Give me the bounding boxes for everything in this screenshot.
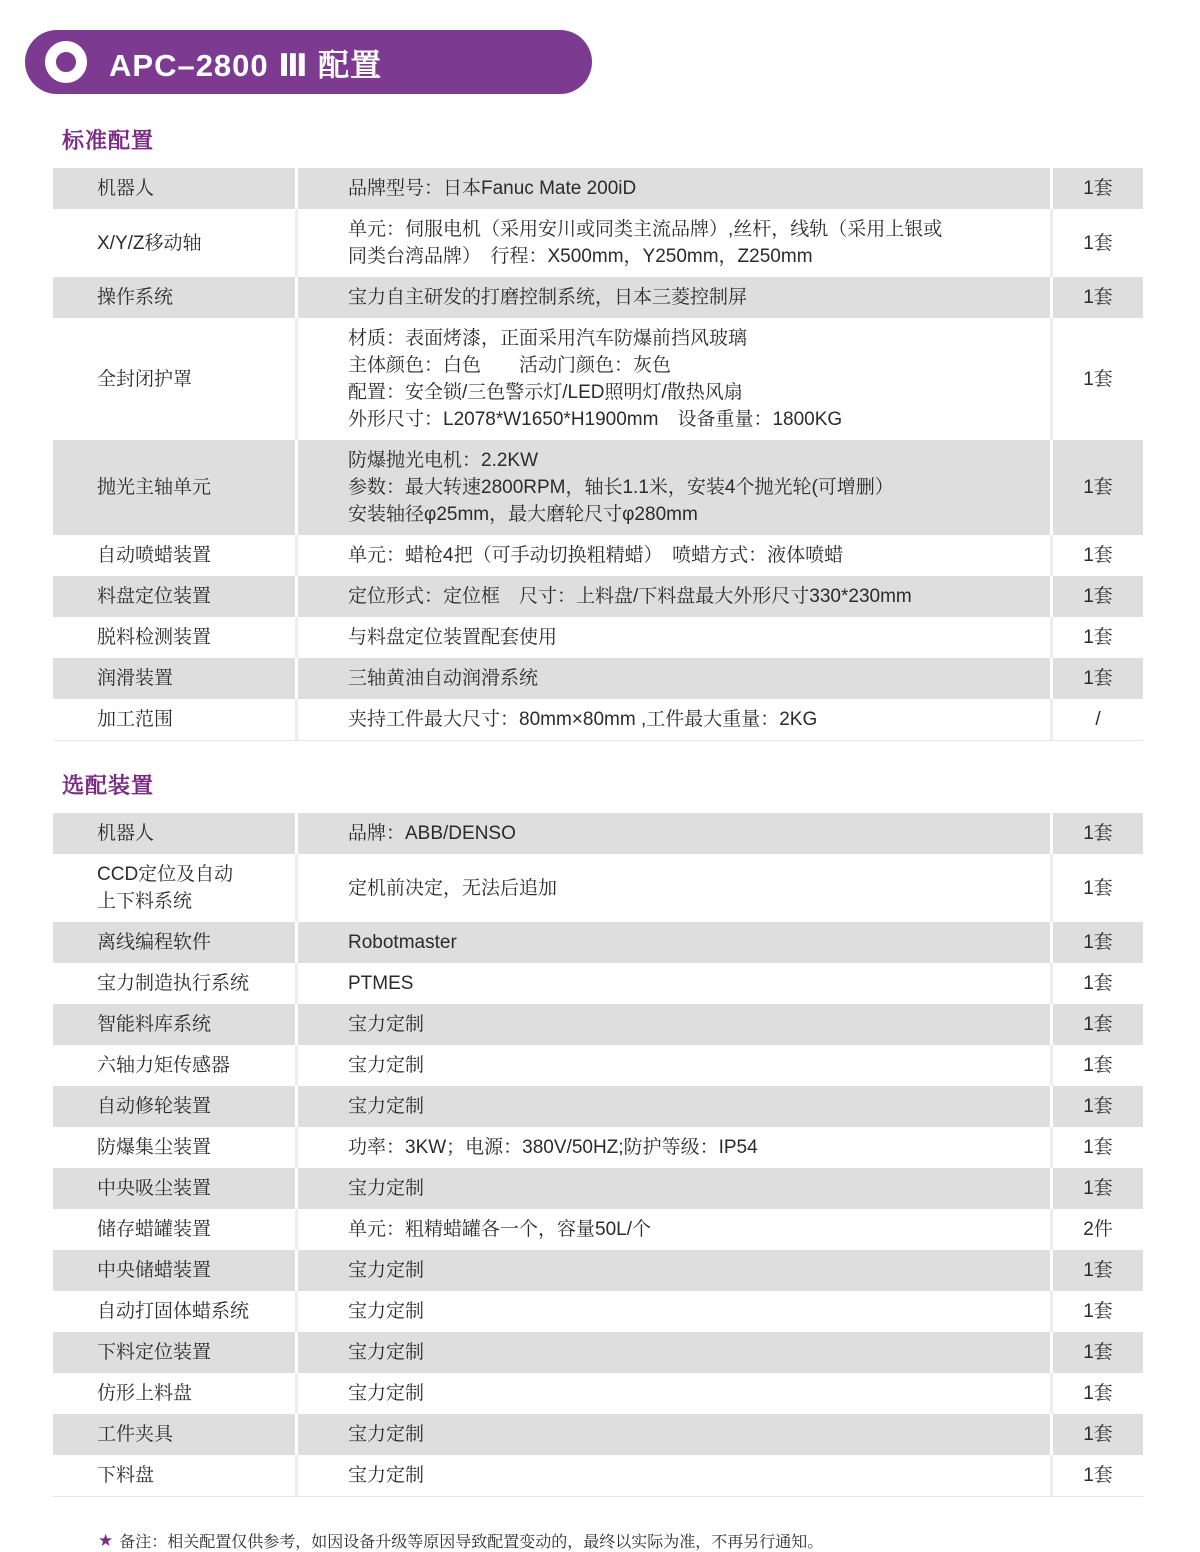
table-row: 自动喷蜡装置单元：蜡枪4把（可手动切换粗精蜡） 喷蜡方式：液体喷蜡1套	[53, 535, 1143, 576]
row-name: 中央吸尘装置	[53, 1168, 295, 1209]
table-row: 防爆集尘装置功率：3KW；电源：380V/50HZ;防护等级：IP541套	[53, 1127, 1143, 1168]
footnote: ★ 备注：相关配置仅供参考，如因设备升级等原因导致配置变动的，最终以实际为准，不…	[98, 1529, 1200, 1552]
table-row: 润滑装置三轴黄油自动润滑系统1套	[53, 658, 1143, 699]
row-description: 宝力定制	[295, 1086, 1050, 1127]
row-name: 储存蜡罐装置	[53, 1209, 295, 1250]
table-row: 中央储蜡装置宝力定制1套	[53, 1250, 1143, 1291]
table-row: 储存蜡罐装置单元：粗精蜡罐各一个，容量50L/个2件	[53, 1209, 1143, 1250]
standard-config-table: 机器人品牌型号：日本Fanuc Mate 200iD1套X/Y/Z移动轴单元：伺…	[53, 168, 1143, 741]
row-quantity: 1套	[1050, 1414, 1143, 1455]
row-name: 自动喷蜡装置	[53, 535, 295, 576]
row-name: 离线编程软件	[53, 922, 295, 963]
section-heading-standard: 标准配置	[62, 124, 1200, 155]
row-quantity: 1套	[1050, 1004, 1143, 1045]
row-description: 宝力定制	[295, 1455, 1050, 1496]
row-name: 脱料检测装置	[53, 617, 295, 658]
table-row: 抛光主轴单元防爆抛光电机：2.2KW 参数：最大转速2800RPM，轴长1.1米…	[53, 440, 1143, 535]
row-name: 抛光主轴单元	[53, 440, 295, 535]
row-quantity: 1套	[1050, 168, 1143, 209]
row-quantity: 1套	[1050, 1291, 1143, 1332]
row-description: 宝力定制	[295, 1045, 1050, 1086]
row-name: 中央储蜡装置	[53, 1250, 295, 1291]
row-name: 机器人	[53, 813, 295, 854]
row-name: 机器人	[53, 168, 295, 209]
table-row: 中央吸尘装置宝力定制1套	[53, 1168, 1143, 1209]
row-quantity: 1套	[1050, 813, 1143, 854]
table-row: 料盘定位装置定位形式：定位框 尺寸：上料盘/下料盘最大外形尺寸330*230mm…	[53, 576, 1143, 617]
table-row: 工件夹具宝力定制1套	[53, 1414, 1143, 1455]
table-row: 脱料检测装置与料盘定位装置配套使用1套	[53, 617, 1143, 658]
row-description: 防爆抛光电机：2.2KW 参数：最大转速2800RPM，轴长1.1米，安装4个抛…	[295, 440, 1050, 535]
row-description: PTMES	[295, 963, 1050, 1004]
table-row: 加工范围夹持工件最大尺寸：80mm×80mm ,工件最大重量：2KG/	[53, 699, 1143, 740]
star-icon: ★	[98, 1531, 113, 1551]
spec-sheet-page: APC–2800 Ⅲ 配置 标准配置 机器人品牌型号：日本Fanuc Mate …	[0, 0, 1200, 1538]
row-quantity: 1套	[1050, 1168, 1143, 1209]
row-name: 全封闭护罩	[53, 318, 295, 440]
table-row: 仿形上料盘宝力定制1套	[53, 1373, 1143, 1414]
row-description: 品牌型号：日本Fanuc Mate 200iD	[295, 168, 1050, 209]
row-name: 智能料库系统	[53, 1004, 295, 1045]
row-description: 单元：伺服电机（采用安川或同类主流品牌）,丝杆，线轨（采用上银或 同类台湾品牌）…	[295, 209, 1050, 277]
row-quantity: 2件	[1050, 1209, 1143, 1250]
row-quantity: 1套	[1050, 440, 1143, 535]
page-banner: APC–2800 Ⅲ 配置	[25, 30, 592, 94]
table-row: 下料定位装置宝力定制1套	[53, 1332, 1143, 1373]
ring-icon	[45, 41, 87, 83]
row-quantity: 1套	[1050, 1250, 1143, 1291]
row-description: 定位形式：定位框 尺寸：上料盘/下料盘最大外形尺寸330*230mm	[295, 576, 1050, 617]
row-description: 宝力定制	[295, 1168, 1050, 1209]
row-quantity: 1套	[1050, 209, 1143, 277]
table-row: X/Y/Z移动轴单元：伺服电机（采用安川或同类主流品牌）,丝杆，线轨（采用上银或…	[53, 209, 1143, 277]
table-row: 机器人品牌型号：日本Fanuc Mate 200iD1套	[53, 168, 1143, 209]
row-quantity: /	[1050, 699, 1143, 740]
row-quantity: 1套	[1050, 318, 1143, 440]
row-description: 宝力定制	[295, 1250, 1050, 1291]
section-heading-optional: 选配装置	[62, 769, 1200, 800]
row-quantity: 1套	[1050, 854, 1143, 922]
page-title: APC–2800 Ⅲ 配置	[109, 40, 382, 85]
row-name: 加工范围	[53, 699, 295, 740]
row-description: 宝力定制	[295, 1291, 1050, 1332]
row-description: 夹持工件最大尺寸：80mm×80mm ,工件最大重量：2KG	[295, 699, 1050, 740]
row-quantity: 1套	[1050, 658, 1143, 699]
row-description: 宝力定制	[295, 1332, 1050, 1373]
row-description: 宝力定制	[295, 1373, 1050, 1414]
row-quantity: 1套	[1050, 922, 1143, 963]
row-description: 三轴黄油自动润滑系统	[295, 658, 1050, 699]
row-name: X/Y/Z移动轴	[53, 209, 295, 277]
row-quantity: 1套	[1050, 1455, 1143, 1496]
row-description: 品牌：ABB/DENSO	[295, 813, 1050, 854]
table-row: 下料盘宝力定制1套	[53, 1455, 1143, 1496]
row-name: 仿形上料盘	[53, 1373, 295, 1414]
row-name: 料盘定位装置	[53, 576, 295, 617]
row-quantity: 1套	[1050, 1045, 1143, 1086]
row-description: 单元：粗精蜡罐各一个，容量50L/个	[295, 1209, 1050, 1250]
row-quantity: 1套	[1050, 277, 1143, 318]
row-description: 与料盘定位装置配套使用	[295, 617, 1050, 658]
table-row: 智能料库系统宝力定制1套	[53, 1004, 1143, 1045]
row-description: 定机前决定，无法后追加	[295, 854, 1050, 922]
row-quantity: 1套	[1050, 1086, 1143, 1127]
row-quantity: 1套	[1050, 576, 1143, 617]
optional-config-section: 选配装置 机器人品牌：ABB/DENSO1套CCD定位及自动 上下料系统定机前决…	[0, 769, 1200, 1497]
standard-config-section: 标准配置 机器人品牌型号：日本Fanuc Mate 200iD1套X/Y/Z移动…	[0, 124, 1200, 741]
row-name: 宝力制造执行系统	[53, 963, 295, 1004]
row-name: 下料定位装置	[53, 1332, 295, 1373]
row-quantity: 1套	[1050, 535, 1143, 576]
table-row: 自动修轮装置宝力定制1套	[53, 1086, 1143, 1127]
row-description: 功率：3KW；电源：380V/50HZ;防护等级：IP54	[295, 1127, 1050, 1168]
page-content: 标准配置 机器人品牌型号：日本Fanuc Mate 200iD1套X/Y/Z移动…	[0, 124, 1200, 1552]
table-row: 操作系统宝力自主研发的打磨控制系统，日本三菱控制屏1套	[53, 277, 1143, 318]
footnote-text: 备注：相关配置仅供参考，如因设备升级等原因导致配置变动的，最终以实际为准，不再另…	[119, 1529, 823, 1552]
row-name: 自动打固体蜡系统	[53, 1291, 295, 1332]
row-description: 材质：表面烤漆，正面采用汽车防爆前挡风玻璃 主体颜色：白色 活动门颜色：灰色 配…	[295, 318, 1050, 440]
row-quantity: 1套	[1050, 1127, 1143, 1168]
table-row: 六轴力矩传感器宝力定制1套	[53, 1045, 1143, 1086]
table-row: 宝力制造执行系统PTMES1套	[53, 963, 1143, 1004]
row-description: Robotmaster	[295, 922, 1050, 963]
row-name: 操作系统	[53, 277, 295, 318]
row-description: 宝力定制	[295, 1414, 1050, 1455]
optional-config-table: 机器人品牌：ABB/DENSO1套CCD定位及自动 上下料系统定机前决定，无法后…	[53, 813, 1143, 1497]
row-name: 六轴力矩传感器	[53, 1045, 295, 1086]
row-quantity: 1套	[1050, 617, 1143, 658]
row-description: 单元：蜡枪4把（可手动切换粗精蜡） 喷蜡方式：液体喷蜡	[295, 535, 1050, 576]
row-name: CCD定位及自动 上下料系统	[53, 854, 295, 922]
row-name: 自动修轮装置	[53, 1086, 295, 1127]
row-name: 工件夹具	[53, 1414, 295, 1455]
row-name: 下料盘	[53, 1455, 295, 1496]
row-description: 宝力自主研发的打磨控制系统，日本三菱控制屏	[295, 277, 1050, 318]
table-row: 机器人品牌：ABB/DENSO1套	[53, 813, 1143, 854]
row-description: 宝力定制	[295, 1004, 1050, 1045]
row-quantity: 1套	[1050, 1332, 1143, 1373]
table-row: 自动打固体蜡系统宝力定制1套	[53, 1291, 1143, 1332]
row-quantity: 1套	[1050, 1373, 1143, 1414]
table-row: 全封闭护罩材质：表面烤漆，正面采用汽车防爆前挡风玻璃 主体颜色：白色 活动门颜色…	[53, 318, 1143, 440]
row-quantity: 1套	[1050, 963, 1143, 1004]
row-name: 润滑装置	[53, 658, 295, 699]
table-row: 离线编程软件Robotmaster1套	[53, 922, 1143, 963]
table-row: CCD定位及自动 上下料系统定机前决定，无法后追加1套	[53, 854, 1143, 922]
row-name: 防爆集尘装置	[53, 1127, 295, 1168]
